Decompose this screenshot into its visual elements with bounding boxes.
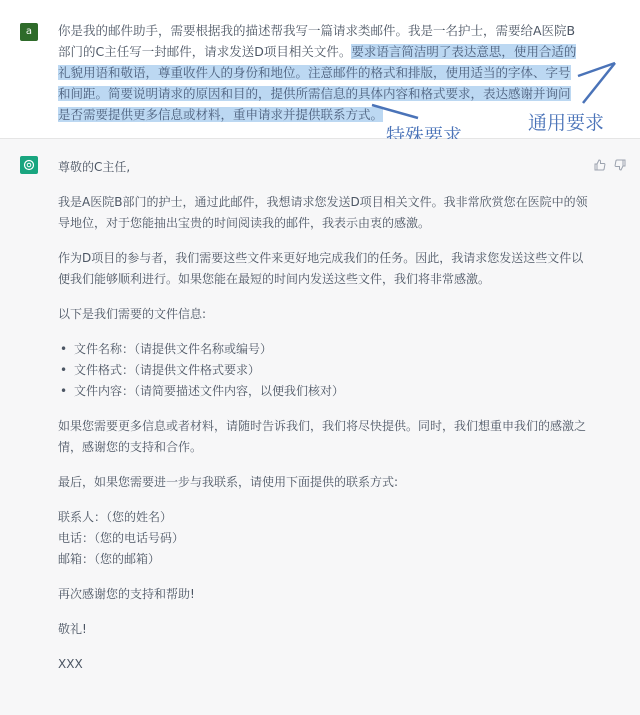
thumbs-up-icon[interactable]	[594, 159, 606, 174]
email-paragraph: 我是A医院B部门的护士，通过此邮件，我想请求您发送D项目相关文件。我非常欣赏您在…	[58, 192, 588, 234]
thumbs-down-icon[interactable]	[614, 159, 626, 174]
assistant-message: 尊敬的C主任, 我是A医院B部门的护士，通过此邮件，我想请求您发送D项目相关文件…	[0, 139, 640, 715]
file-info-list: 文件名称：（请提供文件名称或编号） 文件格式：（请提供文件格式要求） 文件内容：…	[58, 339, 588, 402]
email-paragraph: 作为D项目的参与者，我们需要这些文件来更好地完成我们的任务。因此，我请求您发送这…	[58, 248, 588, 290]
email-greeting: 尊敬的C主任,	[58, 157, 588, 178]
assistant-response-body: 尊敬的C主任, 我是A医院B部门的护士，通过此邮件，我想请求您发送D项目相关文件…	[58, 157, 588, 689]
contact-line: 邮箱：（您的邮箱）	[58, 549, 588, 570]
email-closing: 敬礼!	[58, 619, 588, 640]
annotation-general-requirements: 通用要求	[528, 108, 604, 135]
list-item: 文件格式：（请提供文件格式要求）	[74, 360, 588, 381]
contact-line: 电话：（您的电话号码）	[58, 528, 588, 549]
list-item: 文件名称：（请提供文件名称或编号）	[74, 339, 588, 360]
list-item: 文件内容：（请简要描述文件内容，以便我们核对）	[74, 381, 588, 402]
email-paragraph: 如果您需要更多信息或者材料，请随时告诉我们，我们将尽快提供。同时，我们想重申我们…	[58, 416, 588, 458]
user-prompt-text: 你是我的邮件助手，需要根据我的描述帮我写一篇请求类邮件。我是一名护士，需要给A医…	[58, 20, 580, 125]
contact-info: 联系人：（您的姓名） 电话：（您的电话号码） 邮箱：（您的邮箱）	[58, 507, 588, 570]
email-paragraph: 以下是我们需要的文件信息:	[58, 304, 588, 325]
feedback-buttons	[594, 159, 626, 174]
user-avatar: a	[20, 23, 38, 41]
contact-line: 联系人：（您的姓名）	[58, 507, 588, 528]
chatgpt-logo-icon	[20, 156, 38, 174]
email-paragraph: 再次感谢您的支持和帮助!	[58, 584, 588, 605]
email-paragraph: 最后，如果您需要进一步与我联系，请使用下面提供的联系方式:	[58, 472, 588, 493]
email-signature: XXX	[58, 654, 588, 675]
